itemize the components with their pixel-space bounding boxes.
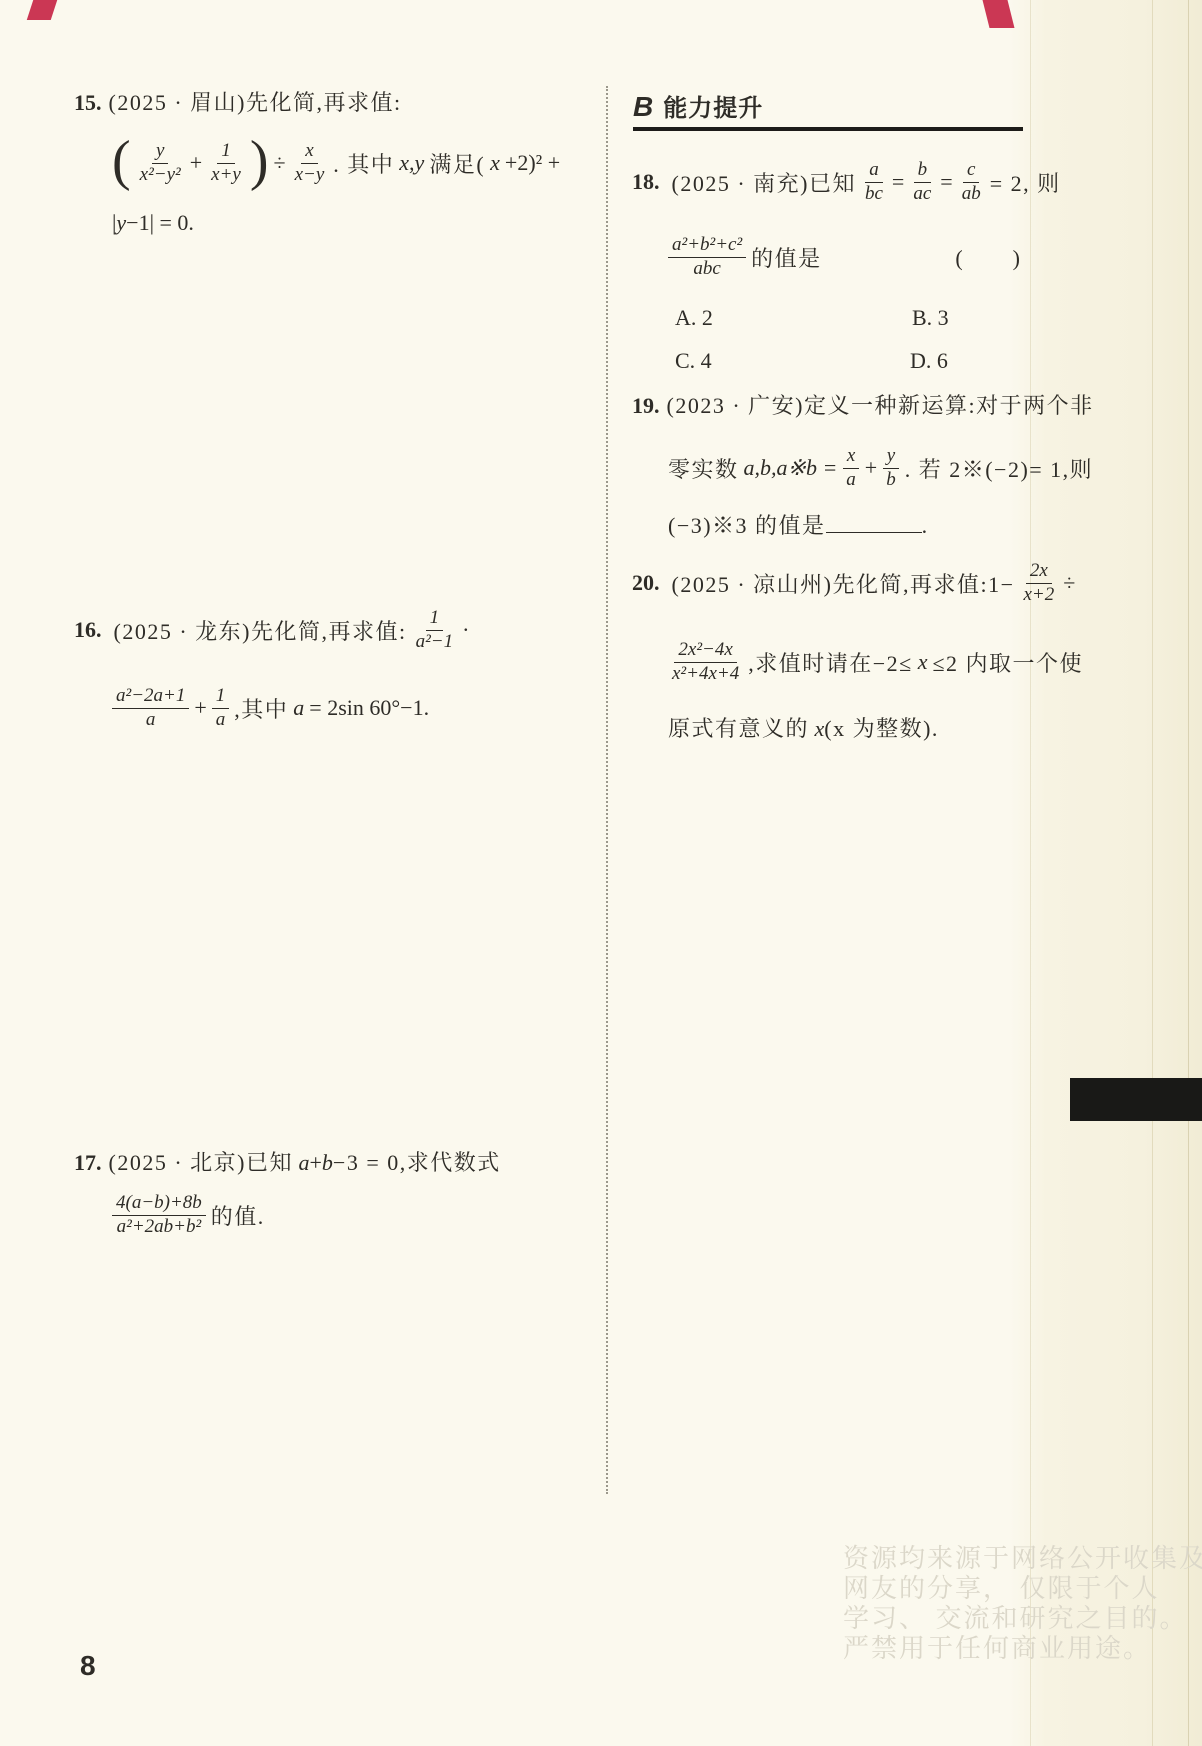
option-b: B. 3 [912, 305, 949, 331]
problem-15-condition: −1| = 0. [126, 210, 194, 235]
period: . [922, 513, 928, 538]
problem-19-line-2: 零实数 a,b,a※b = xa + yb . 若 2※(−2)= 1,则 [668, 436, 1093, 500]
problem-18-intro: (2025 · 南充)已知 [672, 167, 856, 198]
dot-operator: · [462, 617, 469, 643]
option-a: A. 2 [675, 305, 713, 331]
problem-19-line-3: (−3)※3 的值是. [668, 510, 927, 540]
problem-15-line-1: 15.(2025 · 眉山)先化简,再求值: [74, 88, 402, 117]
math-variable: y [116, 210, 126, 235]
problem-18-text: 的值是 [751, 242, 822, 273]
fraction: 1a²−1 [412, 607, 458, 653]
problem-18-line-1: 18. (2025 · 南充)已知 abc = bac = cab = 2, 则 [632, 150, 1061, 214]
math-variable: x [918, 649, 928, 675]
fraction: abc [861, 159, 887, 205]
plus-operator: + [309, 1150, 321, 1175]
problem-16-condition: = 2sin 60°−1. [309, 695, 429, 721]
problem-20-text: ,求值时请在−2≤ [748, 647, 912, 678]
plus-operator: + [190, 150, 202, 176]
watermark: 资源均来源于网络公开收集及 网友的分享， 仅限于个人 学习、 交流和研究之目的。… [843, 1544, 1202, 1664]
problem-16-line-1: 16. (2025 · 龙东)先化简,再求值: 1a²−1 · [74, 600, 469, 660]
page-number: 8 [80, 1650, 96, 1682]
problem-18-text: = 2, 则 [990, 167, 1061, 198]
problem-17-intro: (2025 · 北京)已知 [109, 1150, 293, 1175]
problem-19-question: (−3)※3 的值是 [668, 513, 826, 538]
open-paren: ( [112, 133, 131, 189]
problem-20-line-3: 原式有意义的 x(x 为整数). [668, 714, 939, 743]
problem-20-line-1: 20. (2025 · 凉山州)先化简,再求值:1− 2xx+2 ÷ [632, 551, 1075, 615]
problem-17-number: 17. [74, 1150, 102, 1175]
fraction: xx−y [291, 140, 329, 186]
divide-operator: ÷ [274, 150, 286, 176]
problem-16-number: 16. [74, 617, 102, 643]
plus-operator: + [865, 455, 877, 481]
math-variable: b [322, 1150, 333, 1175]
section-b-header: B 能力提升 [633, 88, 763, 123]
problem-20-number: 20. [632, 570, 660, 596]
fraction: 4(a−b)+8ba²+2ab+b² [112, 1192, 206, 1238]
fraction: 2xx+2 [1020, 560, 1059, 606]
problem-19-intro: (2023 · 广安)定义一种新运算:对于两个非 [667, 393, 1094, 418]
section-b-letter: B [633, 91, 653, 123]
problem-19-text: . 若 2※(−2)= 1,则 [905, 453, 1093, 484]
problem-15-text: +2)² + [505, 150, 560, 176]
watermark-line: 严禁用于任何商业用途。 [843, 1634, 1202, 1664]
fraction: xa [842, 445, 860, 491]
problem-20-text: (x 为整数). [824, 716, 939, 741]
problem-17-line-2: 4(a−b)+8ba²+2ab+b² 的值. [112, 1182, 265, 1248]
math-definition: a,b,a※b = [744, 455, 838, 481]
problem-15-formula: ( yx²−y² + 1x+y ) ÷ xx−y . 其中 x,y 满足(x+2… [112, 130, 560, 196]
fraction: bac [909, 159, 935, 205]
problem-18-line-2: a²+b²+c²abc 的值是 ( ) [668, 225, 1022, 289]
fraction: yb [882, 445, 900, 491]
fraction: 1a [212, 685, 230, 731]
equals-sign: = [892, 169, 904, 195]
fraction: a²+b²+c²abc [668, 234, 746, 280]
fraction: yx²−y² [136, 140, 185, 186]
plus-operator: + [194, 695, 206, 721]
problem-15-text: 满足( [429, 148, 485, 179]
math-variable: a [298, 1150, 309, 1175]
divide-operator: ÷ [1063, 570, 1075, 596]
fraction: cab [958, 159, 985, 205]
problem-20-text: 原式有意义的 [668, 716, 809, 741]
math-variable: x [490, 150, 500, 176]
problem-16-intro: (2025 · 龙东)先化简,再求值: [114, 615, 407, 646]
math-variables: x,y [399, 150, 424, 176]
page-edge-line [1030, 0, 1031, 1746]
problem-20-line-2: 2x²−4xx²+4x+4 ,求值时请在−2≤x≤2 内取一个使 [668, 630, 1083, 694]
answer-parentheses: ( ) [955, 242, 1022, 273]
option-c: C. 4 [675, 348, 712, 374]
section-b-title: 能力提升 [663, 88, 763, 123]
problem-20-intro: (2025 · 凉山州)先化简,再求值:1− [672, 568, 1015, 599]
page-edge-line [1152, 0, 1153, 1746]
problem-16-line-2: a²−2a+1a + 1a ,其中 a = 2sin 60°−1. [112, 676, 429, 740]
red-corner-mark-left [27, 0, 57, 20]
watermark-line: 网友的分享， 仅限于个人 [843, 1574, 1202, 1604]
problem-15-intro: (2025 · 眉山)先化简,再求值: [109, 90, 402, 115]
red-corner-mark-right [983, 0, 1015, 28]
equals-sign: = [940, 169, 952, 195]
problem-19-text: 零实数 [668, 453, 739, 484]
problem-19-line-1: 19.(2023 · 广安)定义一种新运算:对于两个非 [632, 391, 1094, 420]
math-variable: x [815, 716, 825, 741]
problem-16-text: ,其中 [234, 693, 288, 724]
watermark-line: 学习、 交流和研究之目的。 [843, 1604, 1202, 1634]
problem-17-text: −3 = 0,求代数式 [333, 1150, 501, 1175]
close-paren: ) [250, 133, 269, 189]
watermark-line: 资源均来源于网络公开收集及 [843, 1544, 1202, 1574]
problem-17-text: 的值. [211, 1200, 265, 1231]
fraction: a²−2a+1a [112, 685, 189, 731]
column-divider-dotted-line [606, 86, 608, 1494]
math-variable: a [293, 695, 304, 721]
problem-15-line-3: |y−1| = 0. [112, 208, 194, 237]
answer-blank-underline [826, 510, 922, 533]
problem-15-text: . 其中 [333, 148, 394, 179]
fraction: 2x²−4xx²+4x+4 [668, 639, 743, 685]
problem-18-number: 18. [632, 169, 660, 195]
problem-20-text: ≤2 内取一个使 [932, 647, 1083, 678]
page-edge-line [1188, 0, 1189, 1746]
option-d: D. 6 [910, 348, 948, 374]
fraction: 1x+y [207, 140, 245, 186]
problem-15-number: 15. [74, 90, 102, 115]
problem-17-line-1: 17.(2025 · 北京)已知 a+b−3 = 0,求代数式 [74, 1148, 501, 1177]
section-b-underline [633, 127, 1023, 131]
problem-19-number: 19. [632, 393, 660, 418]
scanned-workbook-page: 15.(2025 · 眉山)先化简,再求值: ( yx²−y² + 1x+y )… [0, 0, 1202, 1746]
scan-edge-black-mark [1070, 1078, 1202, 1121]
